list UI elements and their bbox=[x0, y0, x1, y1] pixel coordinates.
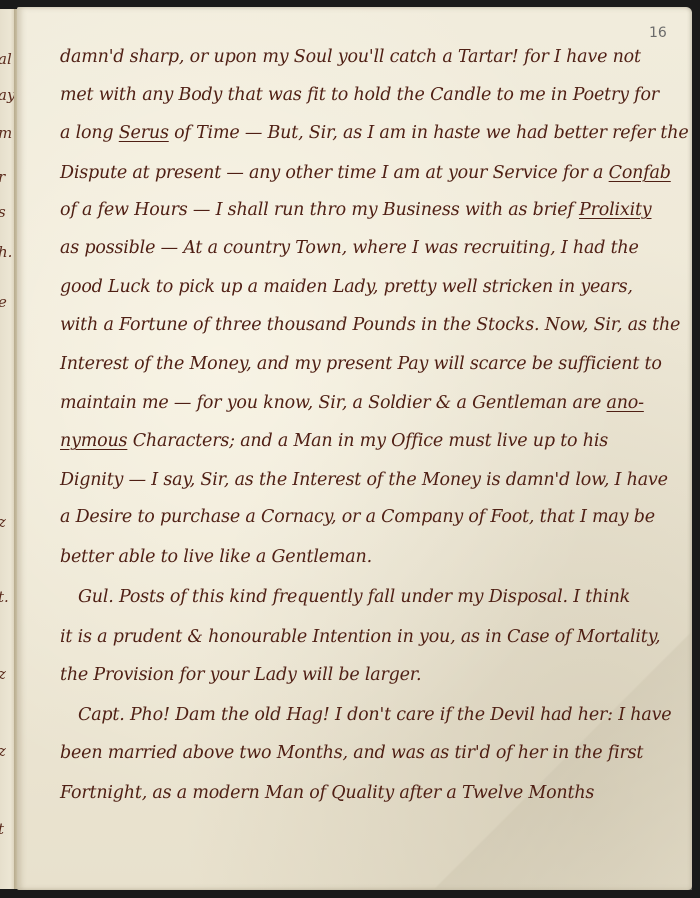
line-text: met with any Body that was fit to hold t… bbox=[60, 85, 659, 105]
manuscript-line: Dispute at present — any other time I am… bbox=[60, 163, 671, 183]
manuscript-line: Capt. Pho! Dam the old Hag! I don't care… bbox=[78, 705, 671, 725]
manuscript-line: the Provision for your Lady will be larg… bbox=[60, 665, 421, 685]
previous-page-text-fragment: m bbox=[0, 124, 12, 142]
manuscript-line: it is a prudent & honourable Intention i… bbox=[60, 627, 660, 647]
line-text: Fortnight, as a modern Man of Quality af… bbox=[60, 783, 594, 803]
line-text: maintain me — for you know, Sir, a Soldi… bbox=[60, 393, 606, 413]
line-text: Capt. Pho! Dam the old Hag! I don't care… bbox=[78, 705, 671, 725]
line-text: good Luck to pick up a maiden Lady, pret… bbox=[60, 277, 633, 297]
manuscript-line: met with any Body that was fit to hold t… bbox=[60, 85, 659, 105]
line-text: Dignity — I say, Sir, as the Interest of… bbox=[60, 470, 668, 490]
scan-frame: alaymrsh.ezt.zzt 16 damn'd sharp, or upo… bbox=[0, 0, 700, 898]
manuscript-line: with a Fortune of three thousand Pounds … bbox=[60, 315, 680, 335]
line-text: of a few Hours — I shall run thro my Bus… bbox=[60, 200, 579, 220]
previous-page-text-fragment: r bbox=[0, 168, 5, 186]
line-text: Dispute at present — any other time I am… bbox=[60, 163, 609, 183]
manuscript-line: as possible — At a country Town, where I… bbox=[60, 238, 639, 258]
previous-page-text-fragment: z bbox=[0, 665, 6, 683]
underlined-word: Prolixity bbox=[579, 200, 651, 220]
manuscript-line: a Desire to purchase a Cornacy, or a Com… bbox=[60, 507, 655, 527]
manuscript-page: 16 damn'd sharp, or upon my Soul you'll … bbox=[17, 7, 692, 890]
manuscript-line: Dignity — I say, Sir, as the Interest of… bbox=[60, 470, 668, 490]
line-text: with a Fortune of three thousand Pounds … bbox=[60, 315, 680, 335]
line-text: as possible — At a country Town, where I… bbox=[60, 238, 639, 258]
line-text: been married above two Months, and was a… bbox=[60, 743, 643, 763]
line-text: better able to live like a Gentleman. bbox=[60, 547, 372, 567]
manuscript-line: better able to live like a Gentleman. bbox=[60, 547, 372, 567]
line-text: the Provision for your Lady will be larg… bbox=[60, 665, 421, 685]
previous-page-text-fragment: t bbox=[0, 820, 4, 838]
manuscript-line: nymous Characters; and a Man in my Offic… bbox=[60, 431, 608, 451]
line-text: damn'd sharp, or upon my Soul you'll cat… bbox=[60, 47, 641, 67]
underlined-word: Serus bbox=[119, 123, 169, 143]
previous-page-text-fragment: z bbox=[0, 742, 6, 760]
underlined-word: ano- bbox=[606, 393, 643, 413]
line-text: Interest of the Money, and my present Pa… bbox=[60, 354, 662, 374]
line-text: a long bbox=[60, 123, 119, 143]
underlined-word: nymous bbox=[60, 431, 127, 451]
underlined-word: Confab bbox=[609, 163, 671, 183]
line-text: a Desire to purchase a Cornacy, or a Com… bbox=[60, 507, 655, 527]
previous-page-text-fragment: t. bbox=[0, 588, 9, 606]
folio-number: 16 bbox=[649, 25, 667, 41]
line-text: Gul. Posts of this kind frequently fall … bbox=[78, 587, 630, 607]
previous-page-edge: alaymrsh.ezt.zzt bbox=[0, 9, 15, 889]
previous-page-text-fragment: ay bbox=[0, 86, 15, 104]
manuscript-line: Fortnight, as a modern Man of Quality af… bbox=[60, 783, 594, 803]
line-text: Characters; and a Man in my Office must … bbox=[127, 431, 608, 451]
previous-page-text-fragment: e bbox=[0, 293, 7, 311]
manuscript-line: of a few Hours — I shall run thro my Bus… bbox=[60, 200, 652, 220]
line-text: of Time — But, Sir, as I am in haste we … bbox=[169, 123, 689, 143]
manuscript-line: Interest of the Money, and my present Pa… bbox=[60, 354, 662, 374]
previous-page-text-fragment: al bbox=[0, 50, 12, 68]
manuscript-line: good Luck to pick up a maiden Lady, pret… bbox=[60, 277, 633, 297]
manuscript-line: Gul. Posts of this kind frequently fall … bbox=[78, 587, 630, 607]
manuscript-line: damn'd sharp, or upon my Soul you'll cat… bbox=[60, 47, 641, 67]
manuscript-line: maintain me — for you know, Sir, a Soldi… bbox=[60, 393, 644, 413]
manuscript-line: been married above two Months, and was a… bbox=[60, 743, 643, 763]
previous-page-text-fragment: z bbox=[0, 513, 6, 531]
line-text: it is a prudent & honourable Intention i… bbox=[60, 627, 660, 647]
previous-page-text-fragment: h. bbox=[0, 243, 12, 261]
previous-page-text-fragment: s bbox=[0, 203, 6, 221]
manuscript-line: a long Serus of Time — But, Sir, as I am… bbox=[60, 123, 689, 143]
